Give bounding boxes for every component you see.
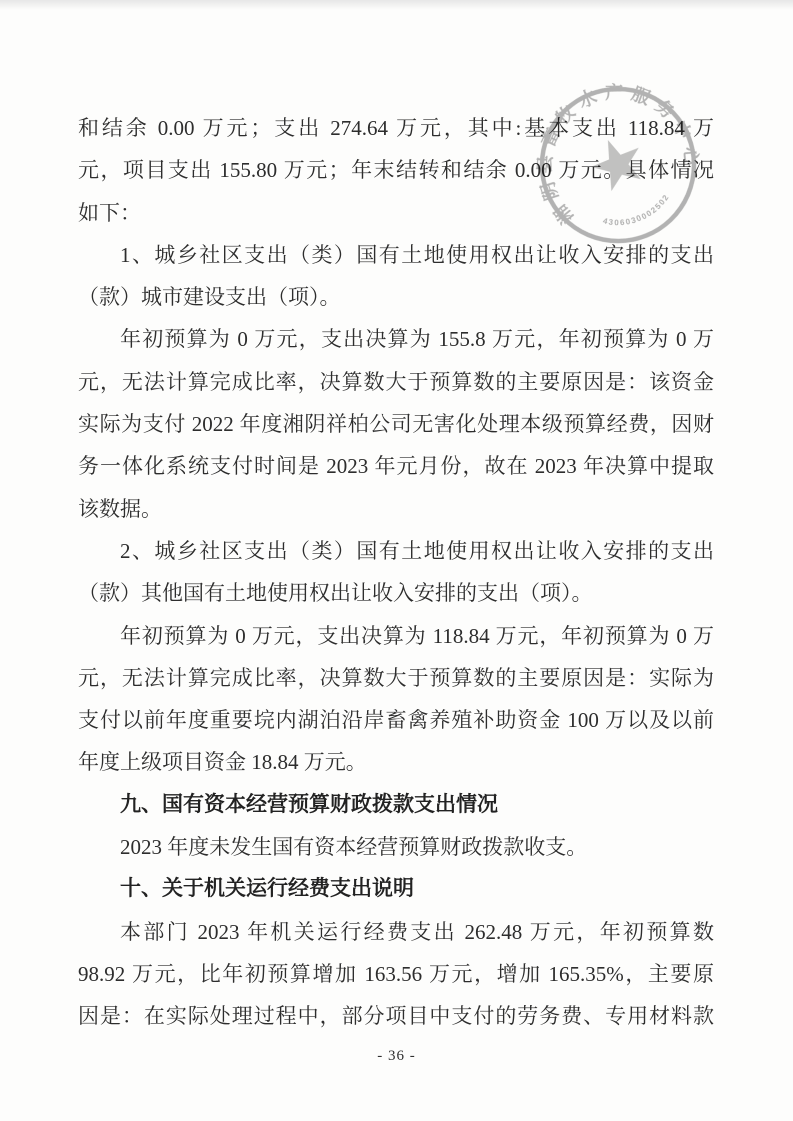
text-line: 该数据。 <box>78 488 714 530</box>
text-line: 2、城乡社区支出（类）国有土地使用权出让收入安排的支出 <box>78 530 714 572</box>
page-footer: - 36 - <box>0 1048 793 1064</box>
text-line: （款）城市建设支出（项）。 <box>78 276 714 318</box>
text-line: 实际为支付 2022 年度湘阴祥柏公司无害化处理本级预算经费，因财 <box>78 403 714 445</box>
page-number: - 36 - <box>377 1048 416 1064</box>
text-line: 年初预算为 0 万元，支出决算为 155.8 万元，年初预算为 0 万 <box>78 318 714 360</box>
text-line: 务一体化系统支付时间是 2023 年元月份，故在 2023 年决算中提取 <box>78 445 714 487</box>
text-line: 支付以前年度重要垸内湖泊沿岸畜禽养殖补助资金 100 万以及以前 <box>78 699 714 741</box>
text-line: 年初预算为 0 万元，支出决算为 118.84 万元，年初预算为 0 万 <box>78 615 714 657</box>
text-line: 1、城乡社区支出（类）国有土地使用权出让收入安排的支出 <box>78 234 714 276</box>
text-line: 和结余 0.00 万元；支出 274.64 万元，其中:基本支出 118.84 … <box>78 107 714 149</box>
section-heading: 十、关于机关运行经费支出说明 <box>78 868 714 910</box>
text-line: 元，项目支出 155.80 万元；年末结转和结余 0.00 万元。具体情况 <box>78 149 714 191</box>
document-body: 和结余 0.00 万元；支出 274.64 万元，其中:基本支出 118.84 … <box>78 107 714 1038</box>
text-line: 因是：在实际处理过程中，部分项目中支付的劳务费、专用材料款 <box>78 995 714 1037</box>
text-line: 本部门 2023 年机关运行经费支出 262.48 万元，年初预算数 <box>78 911 714 953</box>
scan-edge-shadow <box>0 0 793 10</box>
section-heading: 九、国有资本经营预算财政拨款支出情况 <box>78 784 714 826</box>
text-line: 98.92 万元，比年初预算增加 163.56 万元，增加 165.35%，主要… <box>78 953 714 995</box>
text-line: 年度上级项目资金 18.84 万元。 <box>78 741 714 783</box>
text-line: 2023 年度未发生国有资本经营预算财政拨款收支。 <box>78 826 714 868</box>
text-line: （款）其他国有土地使用权出让收入安排的支出（项）。 <box>78 572 714 614</box>
text-line: 元，无法计算完成比率，决算数大于预算数的主要原因是：实际为 <box>78 657 714 699</box>
text-line: 如下： <box>78 192 714 234</box>
text-line: 元，无法计算完成比率，决算数大于预算数的主要原因是：该资金 <box>78 361 714 403</box>
